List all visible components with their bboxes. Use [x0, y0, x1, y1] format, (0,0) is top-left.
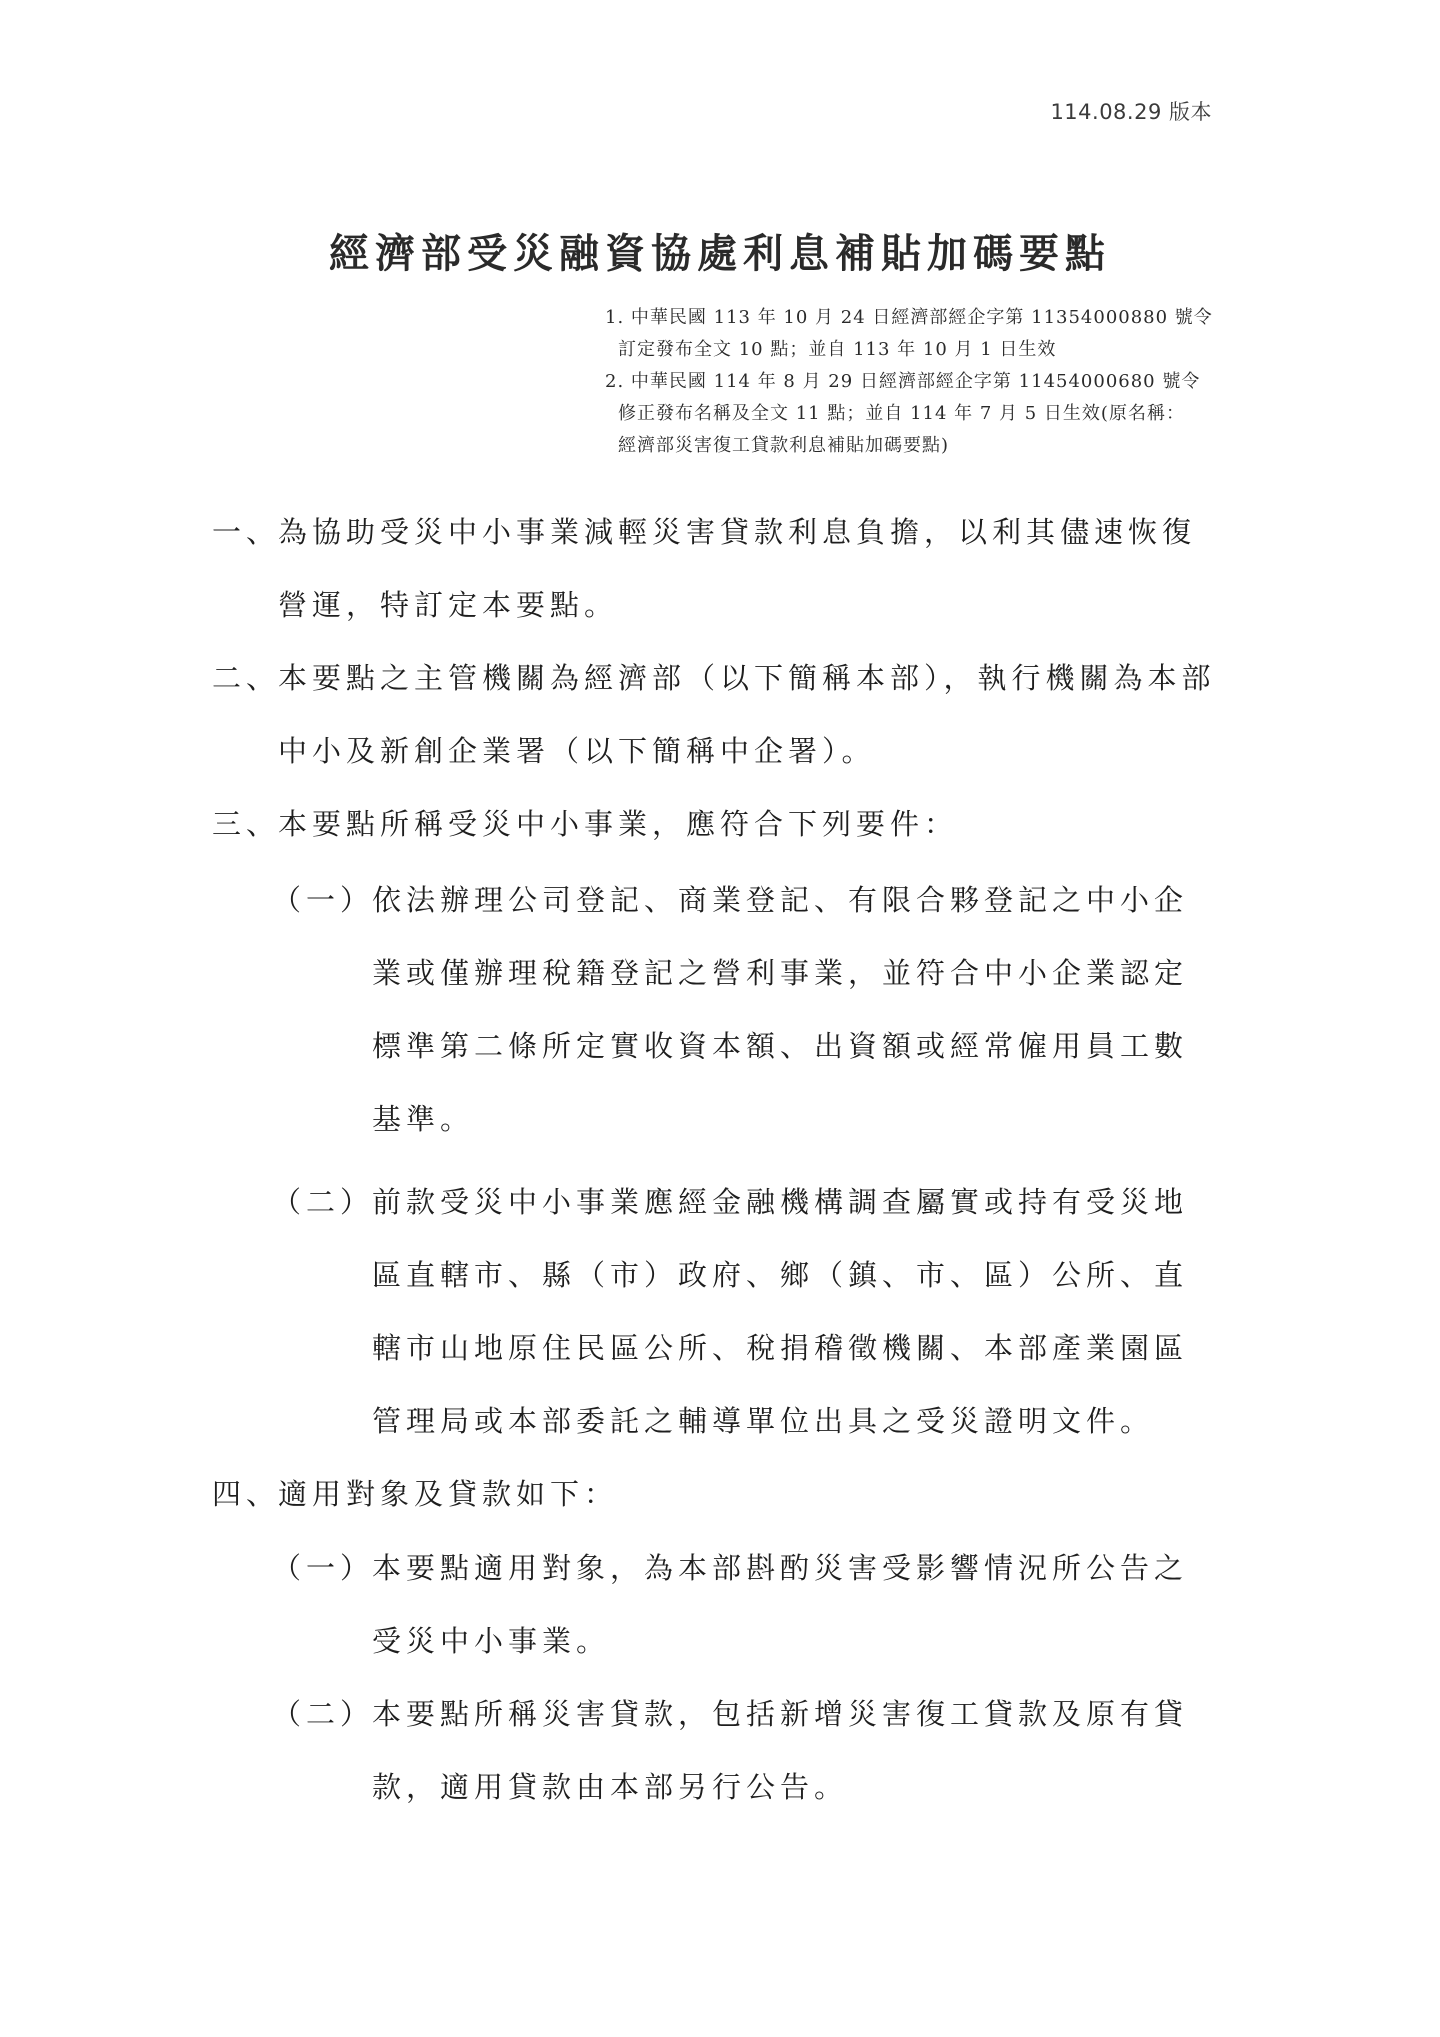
article-text: 中小及新創企業署（以下簡稱中企署）。: [278, 729, 876, 770]
item-marker: （二）: [272, 1180, 374, 1221]
item-text: 轄市山地原住民區公所、稅捐稽徵機關、本部產業園區: [372, 1326, 1188, 1367]
item-text: 依法辦理公司登記、商業登記、有限合夥登記之中小企: [372, 878, 1188, 919]
article-marker: 三、: [212, 802, 280, 843]
article-text: 為協助受災中小事業減輕災害貸款利息負擔，以利其儘速恢復: [278, 510, 1196, 551]
history-line: 2. 中華民國 114 年 8 月 29 日經濟部經企字第 1145400068…: [605, 371, 1200, 392]
article-text: 適用對象及貸款如下：: [278, 1472, 618, 1513]
history-entry: 2. 中華民國 114 年 8 月 29 日經濟部經企字第 1145400068…: [605, 366, 1245, 462]
version-label: 114.08.29 版本: [1050, 96, 1212, 126]
article-text: 本要點所稱受災中小事業，應符合下列要件：: [278, 802, 958, 843]
legislative-history: 1. 中華民國 113 年 10 月 24 日經濟部經企字第 113540008…: [605, 302, 1245, 462]
item-marker: （一）: [272, 1546, 374, 1587]
item-text: 受災中小事業。: [372, 1619, 610, 1660]
article-marker: 二、: [212, 656, 280, 697]
item-text: 區直轄市、縣（市）政府、鄉（鎮、市、區）公所、直: [372, 1253, 1188, 1294]
history-entry: 1. 中華民國 113 年 10 月 24 日經濟部經企字第 113540008…: [605, 302, 1245, 366]
item-marker: （二）: [272, 1692, 374, 1733]
item-text: 前款受災中小事業應經金融機構調查屬實或持有受災地: [372, 1180, 1188, 1221]
article-text: 本要點之主管機關為經濟部（以下簡稱本部），執行機關為本部: [278, 656, 1216, 697]
history-line: 1. 中華民國 113 年 10 月 24 日經濟部經企字第 113540008…: [605, 307, 1213, 328]
item-text: 款，適用貸款由本部另行公告。: [372, 1765, 848, 1806]
item-text: 標準第二條所定實收資本額、出資額或經常僱用員工數: [372, 1024, 1188, 1065]
article-marker: 四、: [212, 1472, 280, 1513]
item-marker: （一）: [272, 878, 374, 919]
item-text: 本要點所稱災害貸款，包括新增災害復工貸款及原有貸: [372, 1692, 1188, 1733]
document-title: 經濟部受災融資協處利息補貼加碼要點: [0, 222, 1440, 279]
history-line: 訂定發布全文 10 點；並自 113 年 10 月 1 日生效: [605, 334, 1245, 366]
article-text: 營運，特訂定本要點。: [278, 583, 618, 624]
article-marker: 一、: [212, 510, 280, 551]
item-text: 業或僅辦理稅籍登記之營利事業，並符合中小企業認定: [372, 951, 1188, 992]
history-line: 修正發布名稱及全文 11 點；並自 114 年 7 月 5 日生效(原名稱：: [605, 398, 1245, 430]
item-text: 本要點適用對象，為本部斟酌災害受影響情況所公告之: [372, 1546, 1188, 1587]
item-text: 管理局或本部委託之輔導單位出具之受災證明文件。: [372, 1399, 1154, 1440]
item-text: 基準。: [372, 1097, 474, 1138]
history-line: 經濟部災害復工貸款利息補貼加碼要點): [605, 430, 1245, 462]
